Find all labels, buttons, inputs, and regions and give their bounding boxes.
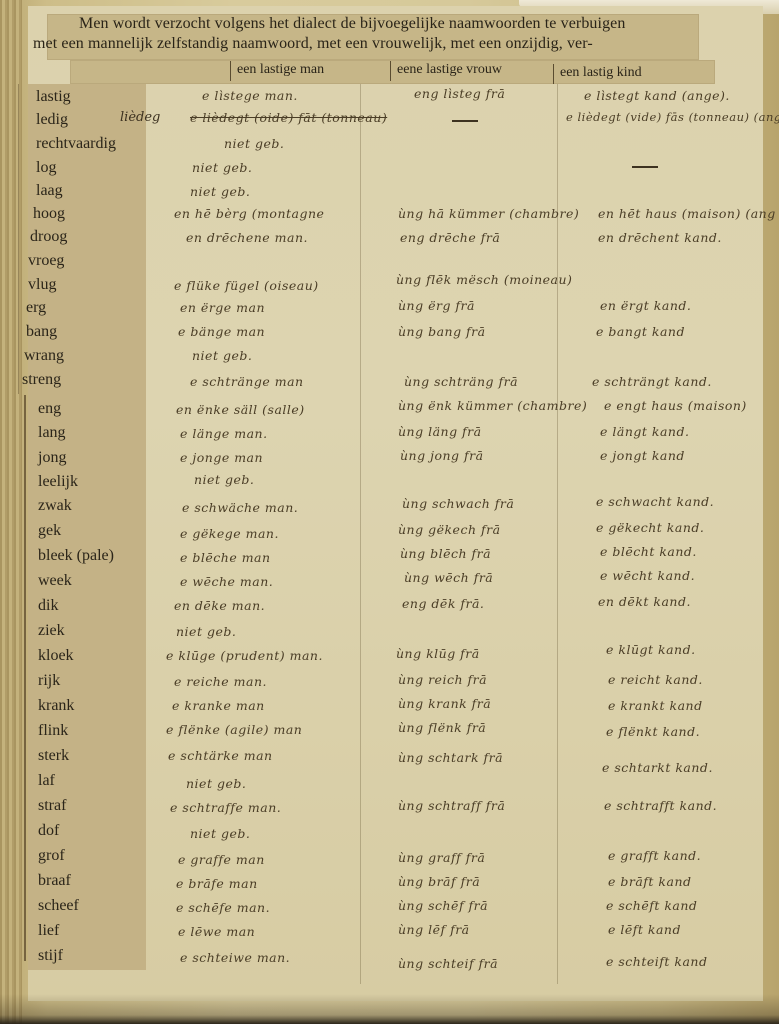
header-neuter: een lastig kind: [553, 64, 642, 84]
row-adjective: eng: [38, 400, 61, 418]
row-adjective: laag: [36, 182, 63, 200]
row-adjective: flink: [38, 722, 68, 740]
row-masculine-form: en ërge man: [180, 300, 265, 315]
row-masculine-form: e gëkege man.: [180, 526, 279, 541]
row-masculine-form: niet geb.: [190, 826, 250, 841]
instructions-line-1: Men wordt verzocht volgens het dialect d…: [47, 14, 699, 34]
row-masculine-form: e schtärke man: [168, 748, 273, 763]
row-masculine-form: e graffe man: [178, 852, 265, 867]
row-feminine-form: eng dēk frā.: [402, 596, 484, 611]
row-masculine-form: niet geb.: [192, 160, 252, 175]
row-feminine-form: eng drēche frā: [400, 230, 500, 245]
row-adjective: leelijk: [38, 473, 78, 491]
row-adjective: wrang: [24, 347, 64, 365]
row-masculine-form: e schēfe man.: [176, 900, 270, 915]
row-masculine-form: e lēwe man: [178, 924, 255, 939]
row-feminine-form: ùng flënk frā: [398, 720, 486, 735]
row-feminine-form: ùng schwach frā: [402, 496, 514, 511]
row-masculine-form: e schteiwe man.: [180, 950, 290, 965]
row-adjective: ledig: [36, 111, 68, 129]
row-adjective: lief: [38, 922, 59, 940]
row-masculine-form: en dēke man.: [174, 598, 265, 613]
row-neuter-form: e gëkecht kand.: [596, 520, 704, 535]
row-feminine-form: ùng schtraff frā: [398, 798, 505, 813]
row-feminine-form: ùng schtark frā: [398, 750, 503, 765]
row-adjective: rechtvaardig: [36, 135, 116, 153]
row-feminine-form: ùng schteif frā: [398, 956, 498, 971]
row-masculine-form: e schtränge man: [190, 374, 304, 389]
column-divider-1: [360, 84, 361, 984]
row-adjective: stijf: [38, 947, 63, 965]
row-adjective: grof: [38, 847, 65, 865]
row-adjective: bleek (pale): [38, 547, 114, 565]
row-feminine-form: ùng lēf frā: [398, 922, 470, 937]
column-header-strip: een lastige man eene lastige vrouw een l…: [70, 60, 715, 84]
row-neuter-form: e krankt kand: [608, 698, 703, 713]
row-masculine-form: e lìstege man.: [202, 88, 298, 103]
printed-instructions: Men wordt verzocht volgens het dialect d…: [47, 14, 699, 60]
row-feminine-form: ùng brāf frā: [398, 874, 480, 889]
row-neuter-form: e längt kand.: [600, 424, 689, 439]
margin-rule: [18, 84, 19, 394]
row-neuter-form: en hēt haus (maison) (ang: [598, 206, 776, 221]
row-adjective: jong: [38, 449, 66, 467]
row-adjective: lang: [38, 424, 66, 442]
row-neuter-form: e jongt kand: [600, 448, 685, 463]
row-feminine-form: ùng ërg frā: [398, 298, 475, 313]
row-adjective: vlug: [28, 276, 56, 294]
row-masculine-form: e flüke fügel (oiseau): [174, 278, 319, 293]
row-masculine-form: e jonge man: [180, 450, 263, 465]
row-adjective: dof: [38, 822, 59, 840]
row-masculine-form: e flënke (agile) man: [166, 722, 302, 737]
row-masculine-form: niet geb.: [186, 776, 246, 791]
row-feminine-form: ùng reich frā: [398, 672, 487, 687]
row-neuter-form: e lēft kand: [608, 922, 681, 937]
row-neuter-dash: [632, 166, 658, 168]
row-neuter-form: en drēchent kand.: [598, 230, 722, 245]
row-neuter-form: e engt haus (maison): [604, 398, 747, 413]
row-adjective: vroeg: [28, 252, 64, 270]
row-masculine-form: e lièdegt (oide) fāt (tonneau): [190, 110, 387, 125]
row-masculine-form: e schwäche man.: [182, 500, 298, 515]
row-feminine-form: ùng krank frā: [398, 696, 491, 711]
row-adjective: erg: [26, 299, 46, 317]
row-feminine-form: ùng gëkech frā: [398, 522, 501, 537]
row-adjective: lastig: [36, 88, 71, 106]
row-feminine-dash: [452, 120, 478, 122]
row-neuter-form: e schtarkt kand.: [602, 760, 713, 775]
header-masculine: een lastige man: [230, 61, 324, 81]
row-adjective: hoog: [33, 205, 65, 223]
row-adjective: ziek: [38, 622, 65, 640]
row-masculine-form: e kranke man: [172, 698, 265, 713]
row-neuter-form: e schtrafft kand.: [604, 798, 717, 813]
scanned-page: Men wordt verzocht volgens het dialect d…: [0, 0, 779, 1024]
row-masculine-form: e schtraffe man.: [170, 800, 281, 815]
row-feminine-form: ùng läng frā: [398, 424, 482, 439]
row-neuter-form: e reicht kand.: [608, 672, 703, 687]
margin-note: lièdeg: [120, 110, 160, 125]
row-neuter-form: e schwacht kand.: [596, 494, 714, 509]
row-adjective: sterk: [38, 747, 69, 765]
row-neuter-form: en dēkt kand.: [598, 594, 691, 609]
row-masculine-form: niet geb.: [190, 184, 250, 199]
row-masculine-form: niet geb.: [224, 136, 284, 151]
group-bracket-line: [24, 395, 26, 961]
row-masculine-form: e reiche man.: [174, 674, 267, 689]
row-neuter-form: e bangt kand: [596, 324, 685, 339]
row-adjective: droog: [30, 228, 67, 246]
row-masculine-form: en ënke säll (salle): [176, 402, 305, 417]
row-neuter-form: e schēft kand: [606, 898, 697, 913]
row-adjective: scheef: [38, 897, 79, 915]
row-neuter-form: e wēcht kand.: [600, 568, 695, 583]
row-neuter-form: en ërgt kand.: [600, 298, 691, 313]
row-neuter-form: e lìstegt kand (ange).: [584, 88, 730, 103]
header-feminine: eene lastige vrouw: [390, 61, 502, 81]
row-feminine-form: ùng graff frā: [398, 850, 485, 865]
row-adjective-text: bleek (pale): [38, 547, 114, 564]
row-adjective: kloek: [38, 647, 74, 665]
row-neuter-form: e flënkt kand.: [606, 724, 700, 739]
instructions-line-2: met een mannelijk zelfstandig naamwoord,…: [33, 34, 699, 54]
row-adjective: gek: [38, 522, 61, 540]
row-masculine-form: e wēche man.: [180, 574, 273, 589]
row-neuter-form: e klūgt kand.: [606, 642, 696, 657]
row-adjective: bang: [26, 323, 57, 341]
row-masculine-form: e bänge man: [178, 324, 265, 339]
row-masculine-form: e länge man.: [180, 426, 268, 441]
row-feminine-form: ùng schēf frā: [398, 898, 488, 913]
row-neuter-form: e lièdegt (vide) fās (tonneau) (ang): [566, 110, 779, 124]
row-adjective: dik: [38, 597, 58, 615]
row-adjective: week: [38, 572, 72, 590]
row-neuter-form: e brāft kand: [608, 874, 692, 889]
row-adjective: log: [36, 159, 56, 177]
row-feminine-form: ùng schträng frā: [404, 374, 518, 389]
page-bottom-shadow: [0, 994, 779, 1024]
row-masculine-form: niet geb.: [194, 472, 254, 487]
row-masculine-form: en hē bèrg (montagne: [174, 206, 324, 221]
row-feminine-form: ùng bang frā: [398, 324, 486, 339]
row-neuter-form: e grafft kand.: [608, 848, 701, 863]
row-masculine-form: niet geb.: [192, 348, 252, 363]
row-feminine-form: eng lìsteg frā: [414, 86, 505, 101]
row-adjective: streng: [22, 371, 61, 389]
row-feminine-form: ùng ënk kümmer (chambre): [398, 398, 587, 413]
row-feminine-form: ùng wēch frā: [404, 570, 493, 585]
row-neuter-form: e blēcht kand.: [600, 544, 697, 559]
row-masculine-form: en drēchene man.: [186, 230, 308, 245]
row-feminine-form: ùng hā kümmer (chambre): [398, 206, 579, 221]
row-feminine-form: ùng jong frā: [400, 448, 484, 463]
row-masculine-form: e brāfe man: [176, 876, 258, 891]
row-adjective: braaf: [38, 872, 71, 890]
row-masculine-form: e klūge (prudent) man.: [166, 648, 323, 663]
row-adjective: laf: [38, 772, 55, 790]
row-feminine-form: ùng klūg frā: [396, 646, 480, 661]
row-adjective: krank: [38, 697, 74, 715]
row-neuter-form: e schteift kand: [606, 954, 707, 969]
row-neuter-form: e schträngt kand.: [592, 374, 712, 389]
row-adjective: straf: [38, 797, 66, 815]
row-masculine-form: e blēche man: [180, 550, 271, 565]
row-adjective: zwak: [38, 497, 72, 515]
row-feminine-form: ùng blēch frā: [400, 546, 491, 561]
row-masculine-form: niet geb.: [176, 624, 236, 639]
row-adjective: rijk: [38, 672, 60, 690]
row-feminine-form: ùng flēk mësch (moineau): [396, 272, 572, 287]
